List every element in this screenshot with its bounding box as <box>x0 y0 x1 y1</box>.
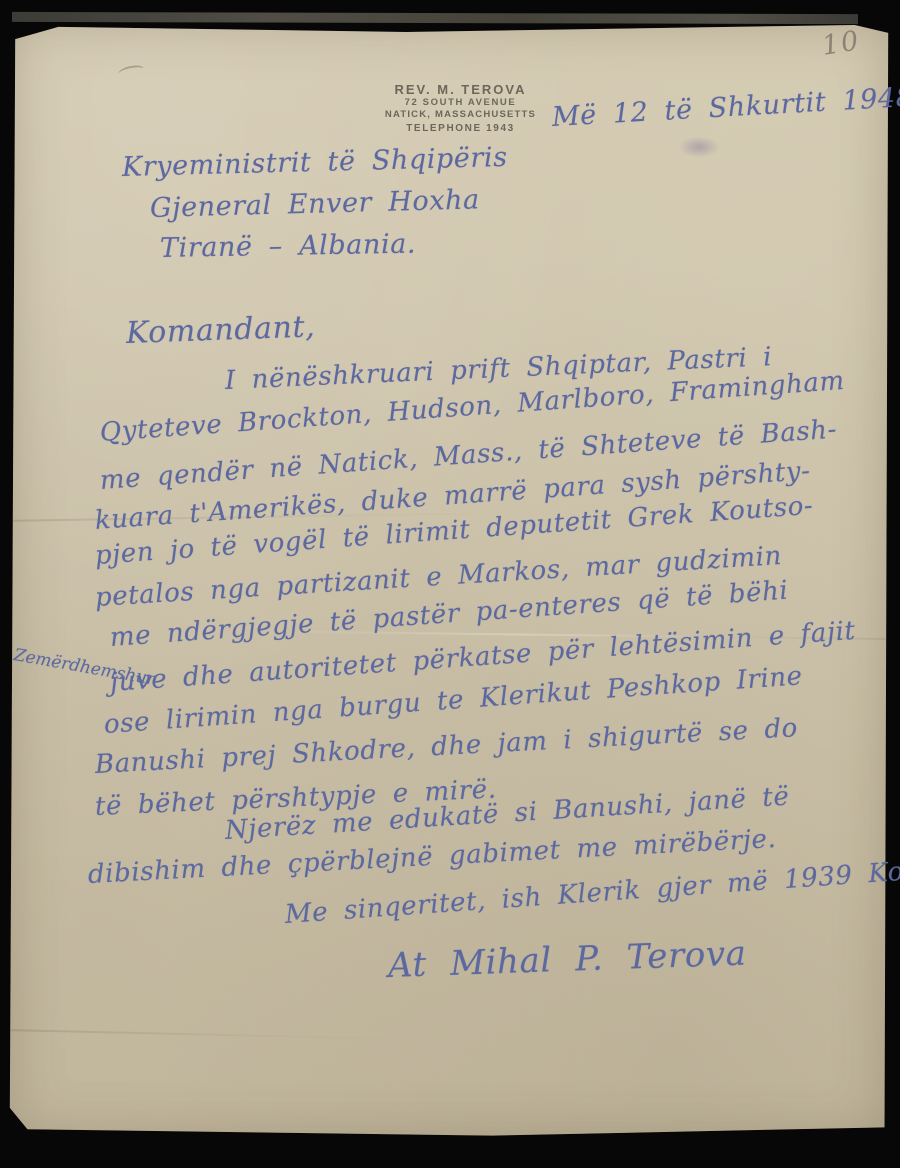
letterhead-city: NATICK, MASSACHUSETTS <box>368 109 553 120</box>
recipient-line-3: Tiranë – Albania. <box>160 229 417 264</box>
ink-smudge <box>678 136 720 158</box>
letterhead: REV. M. TEROVA 72 SOUTH AVENUE NATICK, M… <box>368 82 553 135</box>
letterhead-name: REV. M. TEROVA <box>368 82 553 97</box>
scan-stage: 10 REV. M. TEROVA 72 SOUTH AVENUE NATICK… <box>0 0 900 1168</box>
salutation: Komandant, <box>125 309 315 351</box>
page-number: 10 <box>820 25 863 62</box>
scanner-edge-strip <box>12 12 858 24</box>
letterhead-street: 72 SOUTH AVENUE <box>368 97 553 108</box>
letterhead-phone: TELEPHONE 1943 <box>368 123 553 135</box>
paper-crease <box>8 1029 404 1040</box>
